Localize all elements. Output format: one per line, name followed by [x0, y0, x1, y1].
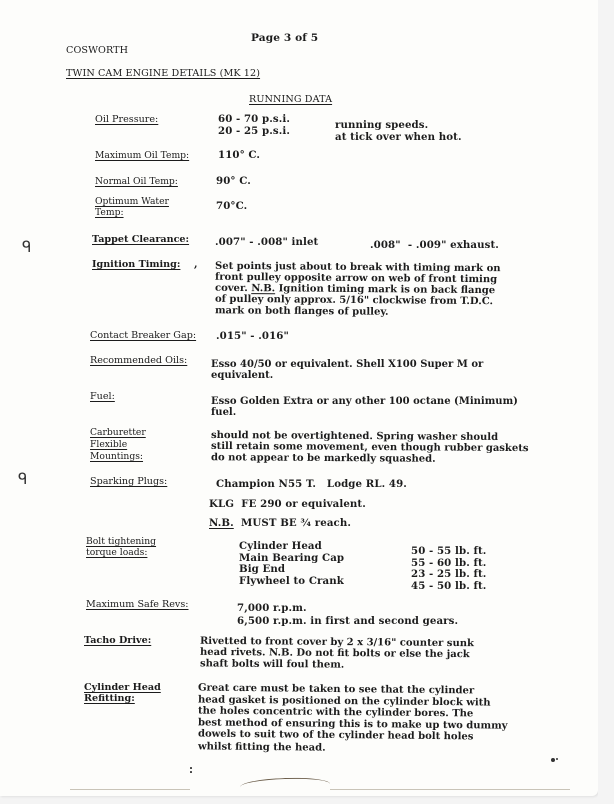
carburetter-label-1: Carburetter	[90, 427, 146, 439]
torque-value: 55 - 60 lb. ft.	[411, 558, 486, 569]
background-strip	[598, 0, 614, 804]
sparking-plugs-label: Sparking Plugs:	[90, 476, 167, 488]
contact-breaker-gap-value: .015" - .016"	[216, 331, 289, 342]
page-edge-shadow	[70, 789, 190, 790]
tappet-inlet-value: .007" - .008" inlet	[215, 237, 318, 248]
ignition-timing-cover-text: cover.	[215, 283, 251, 294]
torque-item: Main Bearing Cap	[239, 553, 344, 564]
sparking-plugs-nb: N.B.	[209, 517, 234, 529]
normal-oil-temp-value: 90° C.	[216, 176, 251, 187]
oil-pressure-value-1: 60 - 70 p.s.i.	[218, 114, 290, 125]
ignition-timing-label-comma: ,	[194, 259, 198, 270]
carburetter-label-3: Mountings:	[90, 451, 143, 463]
tappet-exhaust-value: .008" - .009" exhaust.	[370, 240, 499, 251]
sparking-plugs-line-1: Champion N55 T. Lodge RL. 49.	[216, 479, 407, 490]
page-edge-shadow	[330, 789, 570, 790]
ignition-timing-label: Ignition Timing:	[92, 259, 180, 271]
ink-speck	[190, 771, 192, 773]
torque-item: Big End	[239, 564, 285, 575]
torque-item: Cylinder Head	[239, 541, 322, 552]
max-oil-temp-value: 110° C.	[218, 150, 260, 161]
torque-value: 50 - 55 lb. ft.	[411, 546, 486, 557]
bolt-torque-label-1: Bolt tightening	[86, 536, 156, 548]
document-title: TWIN CAM ENGINE DETAILS (MK 12)	[66, 68, 260, 79]
ignition-timing-nb: N.B.	[251, 283, 275, 294]
optimum-water-temp-label-2: Temp:	[95, 207, 124, 219]
tacho-drive-label: Tacho Drive:	[84, 635, 151, 647]
optimum-water-temp-value: 70°C.	[216, 201, 247, 212]
recommended-oils-label: Recommended Oils:	[90, 355, 187, 367]
max-safe-revs-line-1: 7,000 r.p.m.	[237, 603, 307, 614]
oil-pressure-label: Oil Pressure:	[95, 114, 158, 126]
bolt-torque-label-2: torque loads:	[86, 547, 147, 559]
optimum-water-temp-label-1: Optimum Water	[95, 196, 169, 208]
contact-breaker-gap-label: Contact Breaker Gap:	[90, 330, 196, 342]
recommended-oils-line-1: Esso 40/50 or equivalent. Shell X100 Sup…	[211, 359, 483, 370]
carburetter-line-3: do not appear to be markedly squashed.	[211, 452, 436, 465]
handwritten-margin-mark-2: ᑫ	[18, 470, 27, 488]
max-safe-revs-label: Maximum Safe Revs:	[86, 599, 189, 611]
cylinder-head-refitting-label-2: Refitting:	[84, 693, 135, 705]
sparking-plugs-reach: MUST BE ¾ reach.	[234, 517, 351, 529]
ignition-timing-line-5: mark on both flanges of pulley.	[215, 305, 389, 318]
tappet-clearance-label: Tappet Clearance:	[92, 234, 189, 246]
fuel-line-1: Esso Golden Extra or any other 100 octan…	[211, 396, 518, 407]
ink-speck	[551, 758, 555, 762]
oil-pressure-note-2: at tick over when hot.	[335, 132, 462, 143]
company-name: COSWORTH	[66, 45, 128, 56]
cylinder-head-refitting-label-1: Cylinder Head	[84, 682, 161, 694]
torque-value: 45 - 50 lb. ft.	[411, 581, 486, 592]
torque-value: 23 - 25 lb. ft.	[411, 569, 486, 580]
refitting-line: whilst fitting the head.	[198, 741, 326, 753]
fuel-line-2: fuel.	[211, 407, 236, 418]
ink-speck	[556, 758, 558, 760]
handwritten-margin-mark: ᑫ	[22, 238, 31, 256]
tacho-drive-line-3: shaft bolts will foul them.	[200, 658, 344, 670]
fuel-label: Fuel:	[90, 391, 115, 403]
sparking-plugs-line-2: KLG FE 290 or equivalent.	[209, 499, 366, 510]
max-safe-revs-line-2: 6,500 r.p.m. in first and second gears.	[237, 616, 458, 627]
max-oil-temp-label: Maximum Oil Temp:	[95, 150, 189, 162]
carburetter-label-2: Flexible	[90, 439, 127, 451]
sparking-plugs-line-3: N.B. MUST BE ¾ reach.	[209, 518, 351, 529]
oil-pressure-value-2: 20 - 25 p.s.i.	[218, 126, 290, 137]
recommended-oils-line-2: equivalent.	[211, 370, 273, 381]
normal-oil-temp-label: Normal Oil Temp:	[95, 176, 178, 188]
ink-speck	[190, 767, 192, 769]
oil-pressure-note-1: running speeds.	[335, 120, 428, 131]
torque-item: Flywheel to Crank	[239, 576, 344, 587]
section-title: RUNNING DATA	[249, 94, 332, 105]
page-number: Page 3 of 5	[251, 33, 318, 44]
